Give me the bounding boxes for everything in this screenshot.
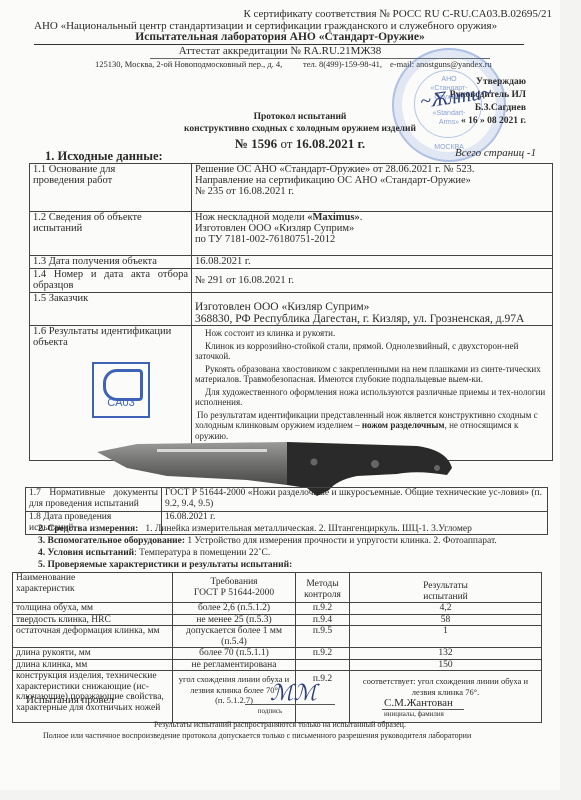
note-reproduction: Полное или частичное воспроизведение про… <box>43 731 471 740</box>
table-row: 1.5 Заказчик Изготовлен ООО «Кизляр Супр… <box>30 293 553 326</box>
tester-name: С.М.Жантован <box>384 697 453 709</box>
section-2-heading: 2. Средства измерения: <box>38 524 138 534</box>
row-value: Изготовлен ООО «Кизляр Суприм» 368830, Р… <box>192 293 553 326</box>
section-1-heading: 1. Исходные данные: <box>45 149 163 164</box>
control-method: п.9.5 <box>296 626 350 648</box>
protocol-number: № 1596 от 16.08.2021 г. <box>180 136 420 152</box>
row-label: 1.1 Основание для проведения работ <box>30 164 192 212</box>
characteristic-name: твердость клинка, HRC <box>13 614 173 626</box>
model-name: «Maximus» <box>307 212 360 223</box>
paragraph: Рукоять образована хвостовиком с закрепл… <box>195 364 549 385</box>
value-text: Нож нескладной модели <box>195 212 307 223</box>
requirement: более 70 (п.5.1.1) <box>173 648 296 660</box>
protocol-from: от <box>280 136 292 151</box>
table-row: 1.7 Нормативные документы для проведения… <box>26 488 548 512</box>
protocol-title: Протокол испытаний <box>150 112 450 122</box>
column-header: Наименование характеристик <box>13 573 173 603</box>
table-row: остаточная деформация клинка, мм допуска… <box>13 626 542 648</box>
protocol-number-value: № 1596 <box>235 136 277 151</box>
characteristic-name: длина рукояти, мм <box>13 648 173 660</box>
table-row: 1.2 Сведения об объекте испытаний Нож не… <box>30 212 553 256</box>
test-result: 150 <box>350 659 542 671</box>
row-label: 1.5 Заказчик <box>30 293 192 326</box>
requirement: допускается более 1 мм (п.5.4) <box>173 626 296 648</box>
paragraph: Клинок из коррозийно-стойкой стали, прям… <box>195 341 549 362</box>
lab-address: 125130, Москва, 2-ой Новоподмосковный пе… <box>95 59 282 69</box>
paragraph: Нож состоит из клинка и рукояти. <box>195 328 549 339</box>
row-value: 16.08.2021 г. <box>192 256 553 269</box>
section-3-text: 1 Устройство для измерения прочности и у… <box>187 536 496 546</box>
table-row: 1.4 Номер и дата акта отбора образцов № … <box>30 269 553 293</box>
table-row: длина клинка, мм не регламентирована 150 <box>13 659 542 671</box>
column-header: Требования ГОСТ Р 51644-2000 <box>173 573 296 603</box>
row-value: Решение ОС АНО «Стандарт-Оружие» от 28.0… <box>192 164 553 212</box>
characteristic-name: остаточная деформация клинка, мм <box>13 626 173 648</box>
signature-line <box>245 704 335 705</box>
total-pages: Всего страниц -1 <box>455 147 536 159</box>
protocol-date: 16.08.2021 г. <box>296 136 365 151</box>
row-label: 1.2 Сведения об объекте испытаний <box>30 212 192 256</box>
characteristic-name: толщина обуха, мм <box>13 603 173 615</box>
requirement: не менее 25 (п.5.3) <box>173 614 296 626</box>
certificate-reference: К сертификату соответствия № РОСС RU C-R… <box>200 8 552 20</box>
tester-signature: ℳℳ <box>270 680 317 706</box>
test-result: 1 <box>350 626 542 648</box>
lab-phone: тел. 8(499)-159-98-41, <box>303 59 382 69</box>
requirement: не регламентирована <box>173 659 296 671</box>
test-result: 4,2 <box>350 603 542 615</box>
column-header: Методы контроля <box>296 573 350 603</box>
table-row: 1.3 Дата получения объекта 16.08.2021 г. <box>30 256 553 269</box>
test-result: 132 <box>350 648 542 660</box>
control-method: п.9.4 <box>296 614 350 626</box>
control-method: п.9.2 <box>296 648 350 660</box>
section-2-text: 1. Линейка измерительная металлическая. … <box>145 524 471 534</box>
note-sample-scope: Результаты испытаний распространяются то… <box>0 720 560 729</box>
protocol-subtitle: конструктивно сходных с холодным оружием… <box>130 124 470 134</box>
paragraph: Для художественного оформления ножа испо… <box>195 387 549 408</box>
name-caption: инициалы, фамилия <box>384 710 444 718</box>
control-method <box>296 659 350 671</box>
section-5-heading: 5. Проверяемые характеристики и результа… <box>38 560 292 570</box>
document-page: К сертификату соответствия № РОСС RU C-R… <box>0 0 560 790</box>
section-4: 4. Условия испытаний: Температура в поме… <box>38 548 270 558</box>
section-2: 2. Средства измерения: 1. Линейка измери… <box>38 524 472 534</box>
rst-code: CA03 <box>94 397 148 409</box>
identification-conclusion: По результатам идентификации представлен… <box>195 410 549 442</box>
row-label: 1.7 Нормативные документы для проведения… <box>26 488 162 512</box>
column-header: Результаты испытаний <box>350 573 542 603</box>
section-4-text: : Температура в помещении 22˚С. <box>134 548 270 558</box>
rst-certification-mark: CA03 <box>92 362 150 418</box>
row-value: № 291 от 16.08.2021 г. <box>192 269 553 293</box>
table-row: твердость клинка, HRC не менее 25 (п.5.3… <box>13 614 542 626</box>
signature-caption: подпись <box>240 707 300 715</box>
laboratory-name: Испытательная лаборатория АНО «Стандарт-… <box>0 31 560 43</box>
requirement: более 2,6 (п.5.1.2) <box>173 603 296 615</box>
row-label: 1.4 Номер и дата акта отбора образцов <box>30 269 192 293</box>
table-row: толщина обуха, мм более 2,6 (п.5.1.2) п.… <box>13 603 542 615</box>
table-row: длина рукояти, мм более 70 (п.5.1.1) п.9… <box>13 648 542 660</box>
characteristic-name: длина клинка, мм <box>13 659 173 671</box>
row-label: 1.3 Дата получения объекта <box>30 256 192 269</box>
section-3: 3. Вспомогательное оборудование: 1 Устро… <box>38 536 497 546</box>
tested-by-label: Испытания провел <box>26 694 114 706</box>
row-value: Нож нескладной модели «Maximus». Изготов… <box>192 212 553 256</box>
row-value: ГОСТ Р 51644-2000 «Ножи разделочные и шк… <box>162 488 548 512</box>
conclusion-classification: ножом разделочным <box>362 420 445 430</box>
test-result: 58 <box>350 614 542 626</box>
table-row: 1.1 Основание для проведения работ Решен… <box>30 164 553 212</box>
section-4-heading: 4. Условия испытаний <box>38 548 134 558</box>
section-3-heading: 3. Вспомогательное оборудование: <box>38 536 185 546</box>
table-header-row: Наименование характеристик Требования ГО… <box>13 573 542 603</box>
control-method: п.9.2 <box>296 603 350 615</box>
